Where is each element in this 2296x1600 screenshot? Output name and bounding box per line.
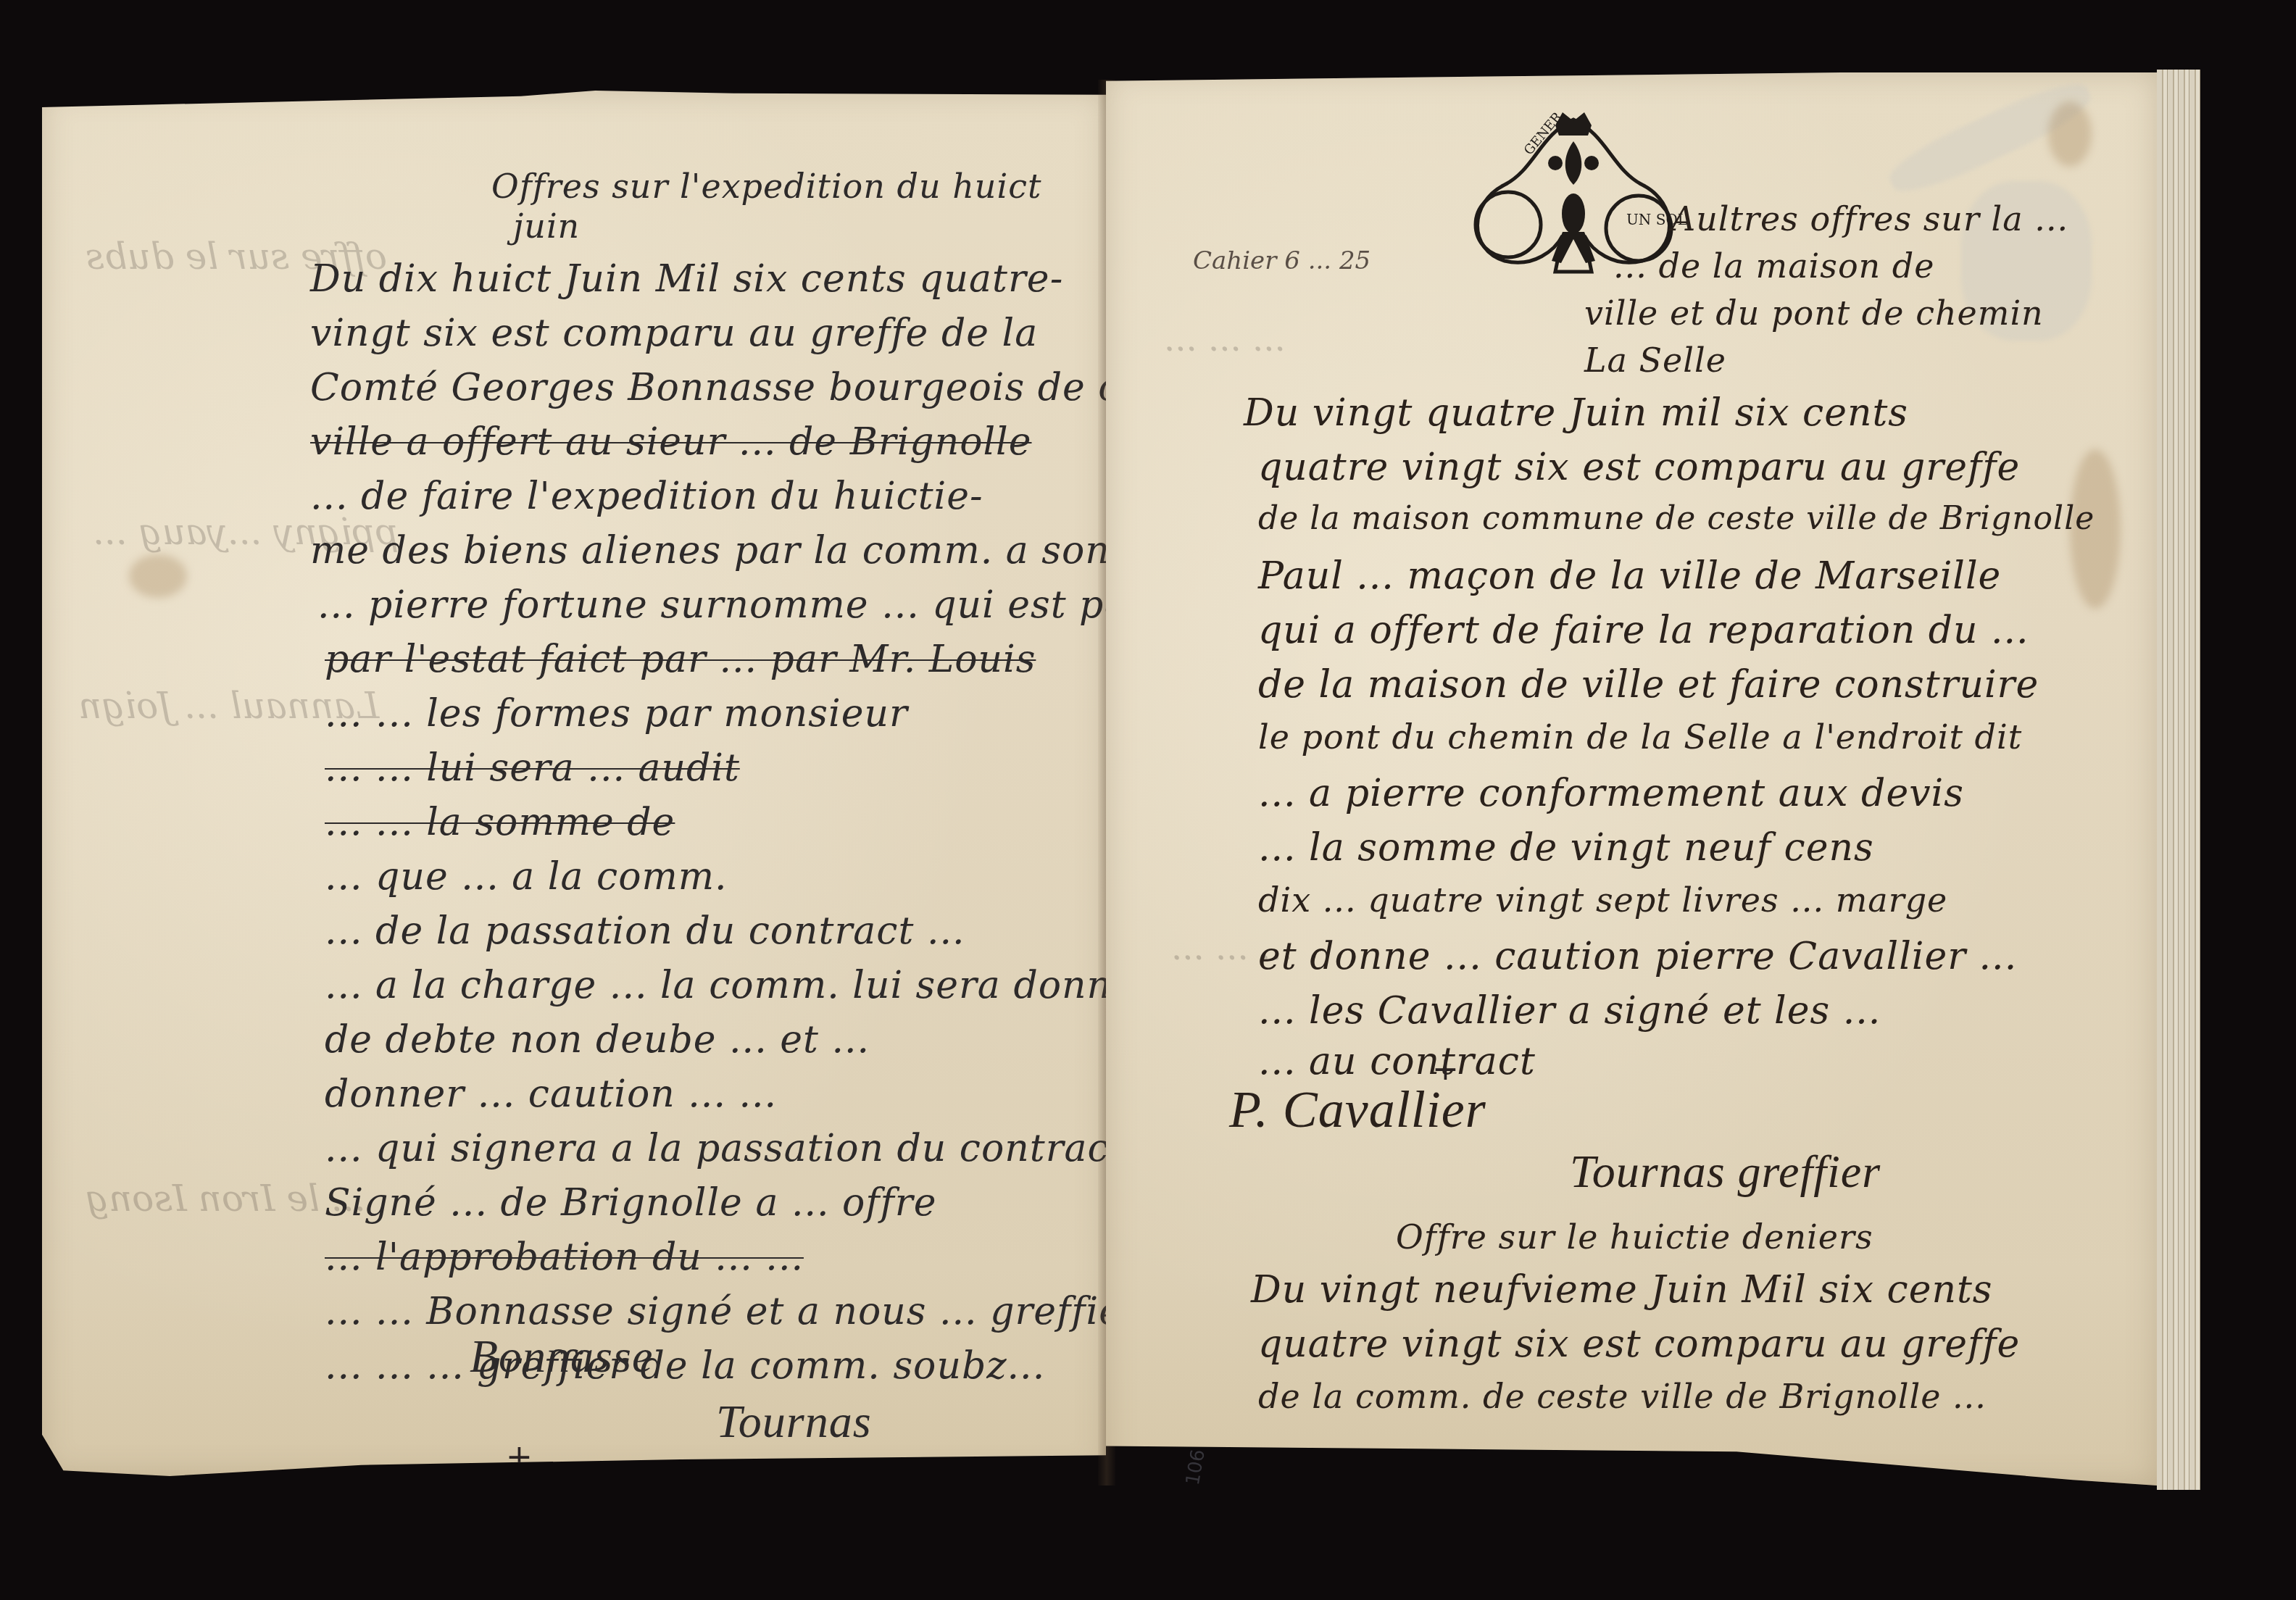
- text-line: de la comm. de ceste ville de Brignolle …: [1258, 1377, 1987, 1416]
- text-line: ... a pierre conformement aux devis: [1258, 772, 1964, 815]
- right-page: ... ... ... ... ... ... Cahier 6 ... 25 …: [1106, 72, 2157, 1486]
- text-line: ... au contract: [1258, 1040, 1536, 1083]
- cross-mark: +: [506, 1438, 533, 1475]
- text-line: de la maison de ville et faire construir…: [1258, 663, 2039, 707]
- page-edges: [2157, 70, 2200, 1490]
- signature-tournas: Tournas: [716, 1395, 872, 1449]
- text-line: le pont du chemin de la Selle a l'endroi…: [1258, 717, 2022, 757]
- text-line: Du vingt neufvieme Juin Mil six cents: [1251, 1268, 1992, 1312]
- bleed-through-text: ... ... ...: [1164, 319, 1286, 359]
- text-line: qui a offert de faire la reparation du .…: [1258, 609, 2029, 652]
- entry-heading-cont: juin: [513, 207, 580, 246]
- stain: [129, 554, 187, 598]
- entry-heading: Aultres offres sur la ...: [1671, 199, 2068, 238]
- text-line: ... les Cavallier a signé et les ...: [1258, 989, 1881, 1033]
- text-line: ... la somme de vingt neuf cens: [1258, 826, 1874, 870]
- text-line: Du dix huict Juin Mil six cents quatre-: [310, 257, 1063, 301]
- text-line: ... ... lui sera ... audit: [325, 746, 740, 790]
- text-line: Du vingt quatre Juin mil six cents: [1244, 391, 1908, 435]
- text-line: me des biens alienes par la comm. a son: [310, 529, 1110, 572]
- text-line: et donne ... caution pierre Cavallier ..…: [1258, 935, 2017, 978]
- text-line: vingt six est comparu au greffe de la: [310, 312, 1038, 355]
- entry-heading-cont: La Selle: [1584, 341, 1726, 380]
- stain: [2048, 101, 2092, 167]
- text-line: ... que ... a la comm.: [325, 855, 728, 899]
- signature-tournas-greffier: Tournas greffier: [1570, 1145, 1881, 1199]
- text-line: de debte non deube ... et ...: [325, 1018, 870, 1062]
- text-line: ... ... ... greffier de la comm. soubz..…: [325, 1344, 1045, 1388]
- pencil-folio-number: 106: [1182, 1448, 1210, 1487]
- text-line: par l'estat faict par ... par Mr. Louis: [325, 638, 1036, 681]
- text-line: donner ... caution ... ...: [325, 1072, 777, 1116]
- text-line: ... ... les formes par monsieur: [325, 692, 908, 736]
- text-line: ... ... la somme de: [325, 801, 675, 844]
- manuscript-spread: offre sur le dubs ppigny ...yaug ... Lan…: [0, 0, 2296, 1600]
- left-page: offre sur le dubs ppigny ...yaug ... Lan…: [42, 91, 1106, 1476]
- bleed-through-text: ... le Iron Isong: [86, 1178, 366, 1220]
- text-line: Paul ... maçon de la ville de Marseille: [1258, 554, 2001, 598]
- second-entry-heading: Offre sur le huictie deniers: [1396, 1217, 1873, 1257]
- text-line: quatre vingt six est comparu au greffe: [1258, 1322, 2020, 1366]
- entry-heading-cont: ... de la maison de: [1613, 246, 1935, 286]
- text-line: ... pierre fortune surnomme ... qui est …: [317, 583, 1162, 627]
- text-line: quatre vingt six est comparu au greffe: [1258, 446, 2020, 489]
- signature-cavallier: P. Cavallier: [1229, 1080, 1486, 1140]
- marginal-note: Cahier 6 ... 25: [1193, 246, 1370, 275]
- text-line: ... ... Bonnasse signé et a nous ... gre…: [325, 1290, 1141, 1333]
- entry-heading-cont: ville et du pont de chemin: [1584, 293, 2044, 333]
- text-line: ville a offert au sieur ... de Brignolle: [310, 420, 1031, 464]
- text-line: ... de la passation du contract ...: [325, 909, 965, 953]
- text-line: ... de faire l'expedition du huictie-: [310, 475, 983, 518]
- text-line: de la maison commune de ceste ville de B…: [1258, 500, 2095, 537]
- text-line: Signé ... de Brignolle a ... offre: [325, 1181, 936, 1225]
- text-line: ... a la charge ... la comm. lui sera do…: [325, 964, 1154, 1007]
- text-line: ... qui signera a la passation du contra…: [325, 1127, 1138, 1170]
- text-line: ... l'approbation du ... ...: [325, 1236, 804, 1279]
- cross-mark: +: [1432, 1051, 1459, 1088]
- text-line: dix ... quatre vingt sept livres ... mar…: [1258, 880, 1947, 920]
- signature-bonnasse: Bonnasse: [470, 1330, 653, 1383]
- text-line: Comté Georges Bonnasse bourgeois de cest…: [310, 366, 1202, 409]
- entry-heading: Offres sur l'expedition du huict: [491, 167, 1041, 206]
